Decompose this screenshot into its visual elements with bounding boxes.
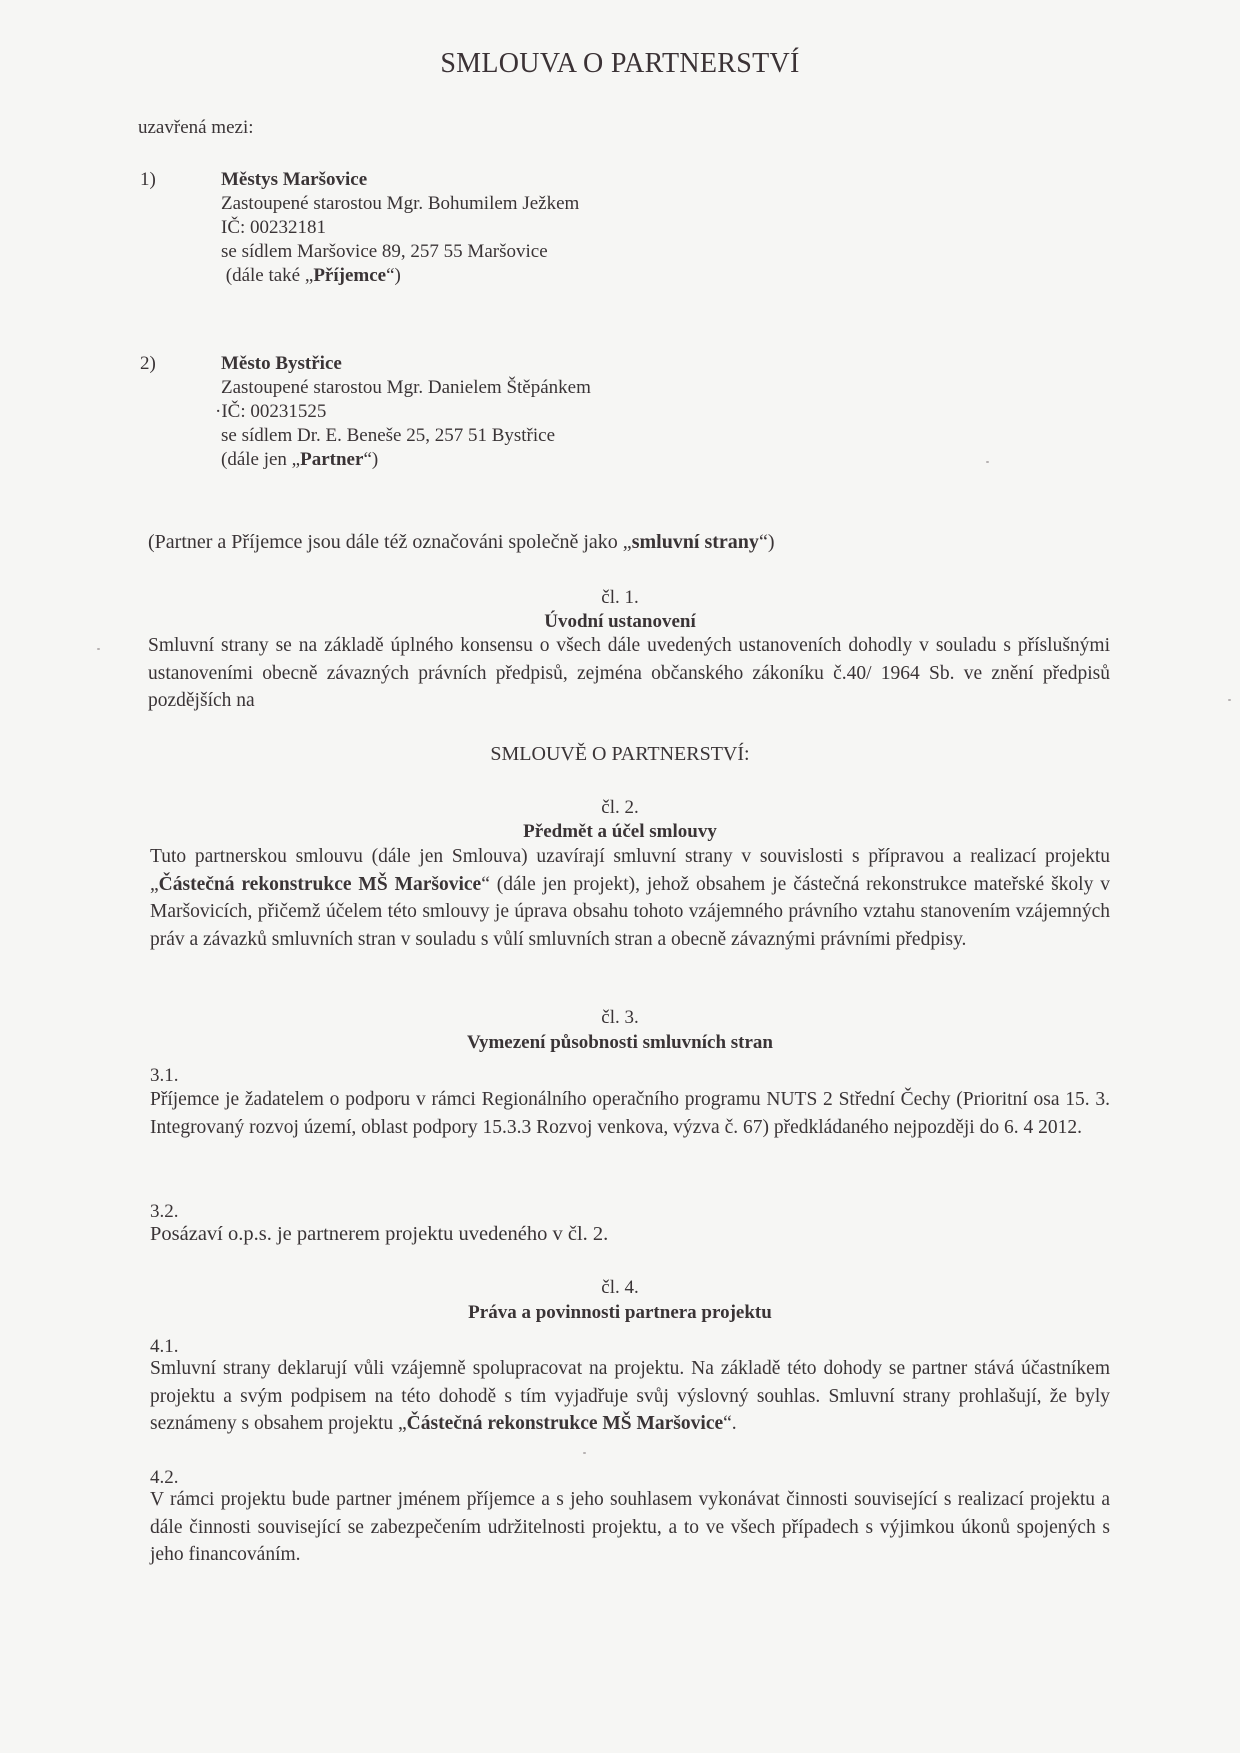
scan-speck (97, 648, 100, 650)
article-2-number: čl. 2. (130, 796, 1110, 820)
article-2-heading: Předmět a účel smlouvy (130, 820, 1110, 844)
party-2: Město Bystřice Zastoupené starostou Mgr.… (221, 352, 591, 472)
intro-text: uzavřená mezi: (138, 116, 254, 140)
scan-speck (986, 461, 989, 463)
article-1-number: čl. 1. (130, 586, 1110, 610)
article-1-subtitle: SMLOUVĚ O PARTNERSTVÍ: (130, 742, 1110, 766)
party-1-ic: IČ: 00232181 (221, 216, 579, 240)
article-4-number: čl. 4. (130, 1276, 1110, 1300)
clause-3-1-text: Příjemce je žadatelem o podporu v rámci … (150, 1086, 1110, 1141)
party-2-name: Město Bystřice (221, 353, 342, 374)
party-1-address: se sídlem Maršovice 89, 257 55 Maršovice (221, 240, 579, 264)
article-3-number: čl. 3. (130, 1006, 1110, 1030)
party-1-alias: (dále také „Příjemce“) (221, 264, 579, 288)
joint-note: (Partner a Příjemce jsou dále též označo… (148, 530, 774, 554)
party-1-number: 1) (140, 168, 156, 192)
article-4-heading: Práva a povinnosti partnera projektu (130, 1301, 1110, 1325)
clause-3-1-label: 3.1. (150, 1064, 179, 1088)
scan-speck (1228, 699, 1231, 701)
clause-4-1-text: Smluvní strany deklarují vůli vzájemně s… (150, 1355, 1110, 1438)
clause-3-2-text: Posázaví o.p.s. je partnerem projektu uv… (150, 1221, 1110, 1249)
party-2-represented: Zastoupené starostou Mgr. Danielem Štěpá… (221, 376, 591, 400)
party-2-alias: (dále jen „Partner“) (221, 448, 591, 472)
contract-page: SMLOUVA O PARTNERSTVÍ uzavřená mezi: 1) … (0, 0, 1240, 1753)
party-2-number: 2) (140, 352, 156, 376)
article-3-heading: Vymezení působnosti smluvních stran (130, 1031, 1110, 1055)
party-1: Městys Maršovice Zastoupené starostou Mg… (221, 168, 579, 288)
document-title: SMLOUVA O PARTNERSTVÍ (0, 48, 1240, 80)
clause-4-2-text: V rámci projektu bude partner jménem pří… (150, 1486, 1110, 1569)
article-1-text: Smluvní strany se na základě úplného kon… (148, 632, 1110, 715)
party-2-ic: ·IČ: 00231525 (215, 400, 591, 424)
scan-speck (583, 1452, 586, 1454)
article-1-heading: Úvodní ustanovení (130, 610, 1110, 634)
party-1-represented: Zastoupené starostou Mgr. Bohumilem Ježk… (221, 192, 579, 216)
party-1-name: Městys Maršovice (221, 169, 367, 190)
party-2-address: se sídlem Dr. E. Beneše 25, 257 51 Bystř… (221, 424, 591, 448)
article-2-text: Tuto partnerskou smlouvu (dále jen Smlou… (150, 843, 1110, 953)
